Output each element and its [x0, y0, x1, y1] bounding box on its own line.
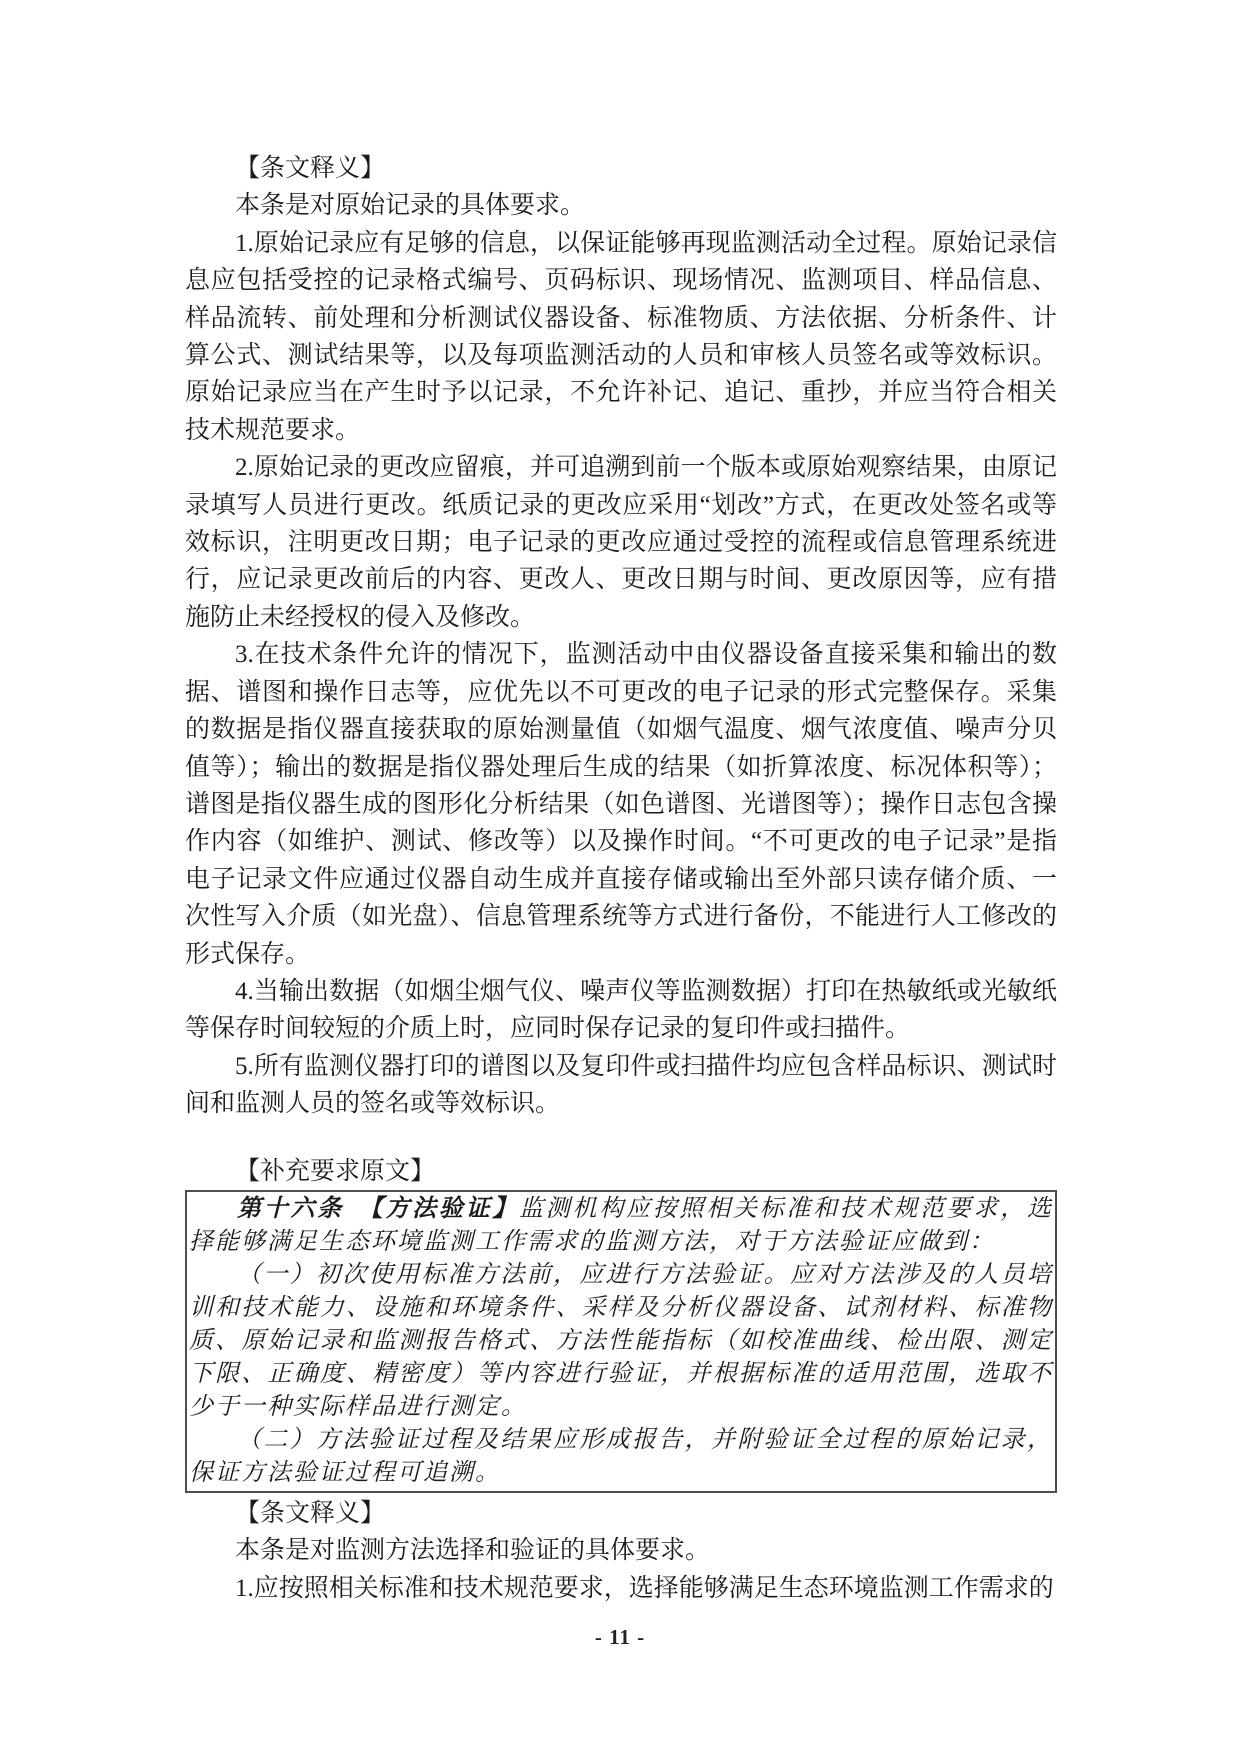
law-clause-2: （二）方法验证过程及结果应形成报告，并附验证全过程的原始记录，保证方法验证过程可…: [189, 1424, 1053, 1490]
interpretation-item-5: 5.所有监测仪器打印的谱图以及复印件或扫描件均应包含样品标识、测试时间和监测人员…: [185, 1048, 1057, 1123]
law-quote-box: 第十六条 【方法验证】监测机构应按照相关标准和技术规范要求，选择能够满足生态环境…: [185, 1190, 1057, 1493]
section-interpretation-1: 【条文释义】 本条是对原始记录的具体要求。 1.原始记录应有足够的信息，以保证能…: [185, 150, 1057, 1123]
page-number: - 11 -: [0, 1624, 1240, 1650]
interpretation-item-6: 1.应按照相关标准和技术规范要求，选择能够满足生态环境监测工作需求的: [185, 1570, 1057, 1607]
section-supplement: 【补充要求原文】 第十六条 【方法验证】监测机构应按照相关标准和技术规范要求，选…: [185, 1153, 1057, 1493]
law-clause-1: （一）初次使用标准方法前，应进行方法验证。应对方法涉及的人员培训和技术能力、设施…: [189, 1259, 1053, 1424]
document-page: 【条文释义】 本条是对原始记录的具体要求。 1.原始记录应有足够的信息，以保证能…: [0, 0, 1240, 1753]
law-article-paragraph: 第十六条 【方法验证】监测机构应按照相关标准和技术规范要求，选择能够满足生态环境…: [189, 1193, 1053, 1259]
interpretation-item-3: 3.在技术条件允许的情况下，监测活动中由仪器设备直接采集和输出的数据、谱图和操作…: [185, 636, 1057, 973]
interpretation-heading-1: 【条文释义】: [185, 150, 1057, 187]
section-interpretation-2: 【条文释义】 本条是对监测方法选择和验证的具体要求。 1.应按照相关标准和技术规…: [185, 1495, 1057, 1607]
interpretation-heading-2: 【条文释义】: [185, 1495, 1057, 1532]
interpretation-item-4: 4.当输出数据（如烟尘烟气仪、噪声仪等监测数据）打印在热敏纸或光敏纸等保存时间较…: [185, 973, 1057, 1048]
interpretation-item-2: 2.原始记录的更改应留痕，并可追溯到前一个版本或原始观察结果，由原记录填写人员进…: [185, 449, 1057, 636]
document-content: 【条文释义】 本条是对原始记录的具体要求。 1.原始记录应有足够的信息，以保证能…: [185, 150, 1057, 1607]
interpretation-item-1: 1.原始记录应有足够的信息，以保证能够再现监测活动全过程。原始记录信息应包括受控…: [185, 225, 1057, 449]
interpretation-intro-2: 本条是对监测方法选择和验证的具体要求。: [185, 1532, 1057, 1569]
interpretation-intro-1: 本条是对原始记录的具体要求。: [185, 187, 1057, 224]
law-article-title: 第十六条 【方法验证】: [237, 1196, 519, 1222]
supplement-heading: 【补充要求原文】: [185, 1153, 1057, 1190]
